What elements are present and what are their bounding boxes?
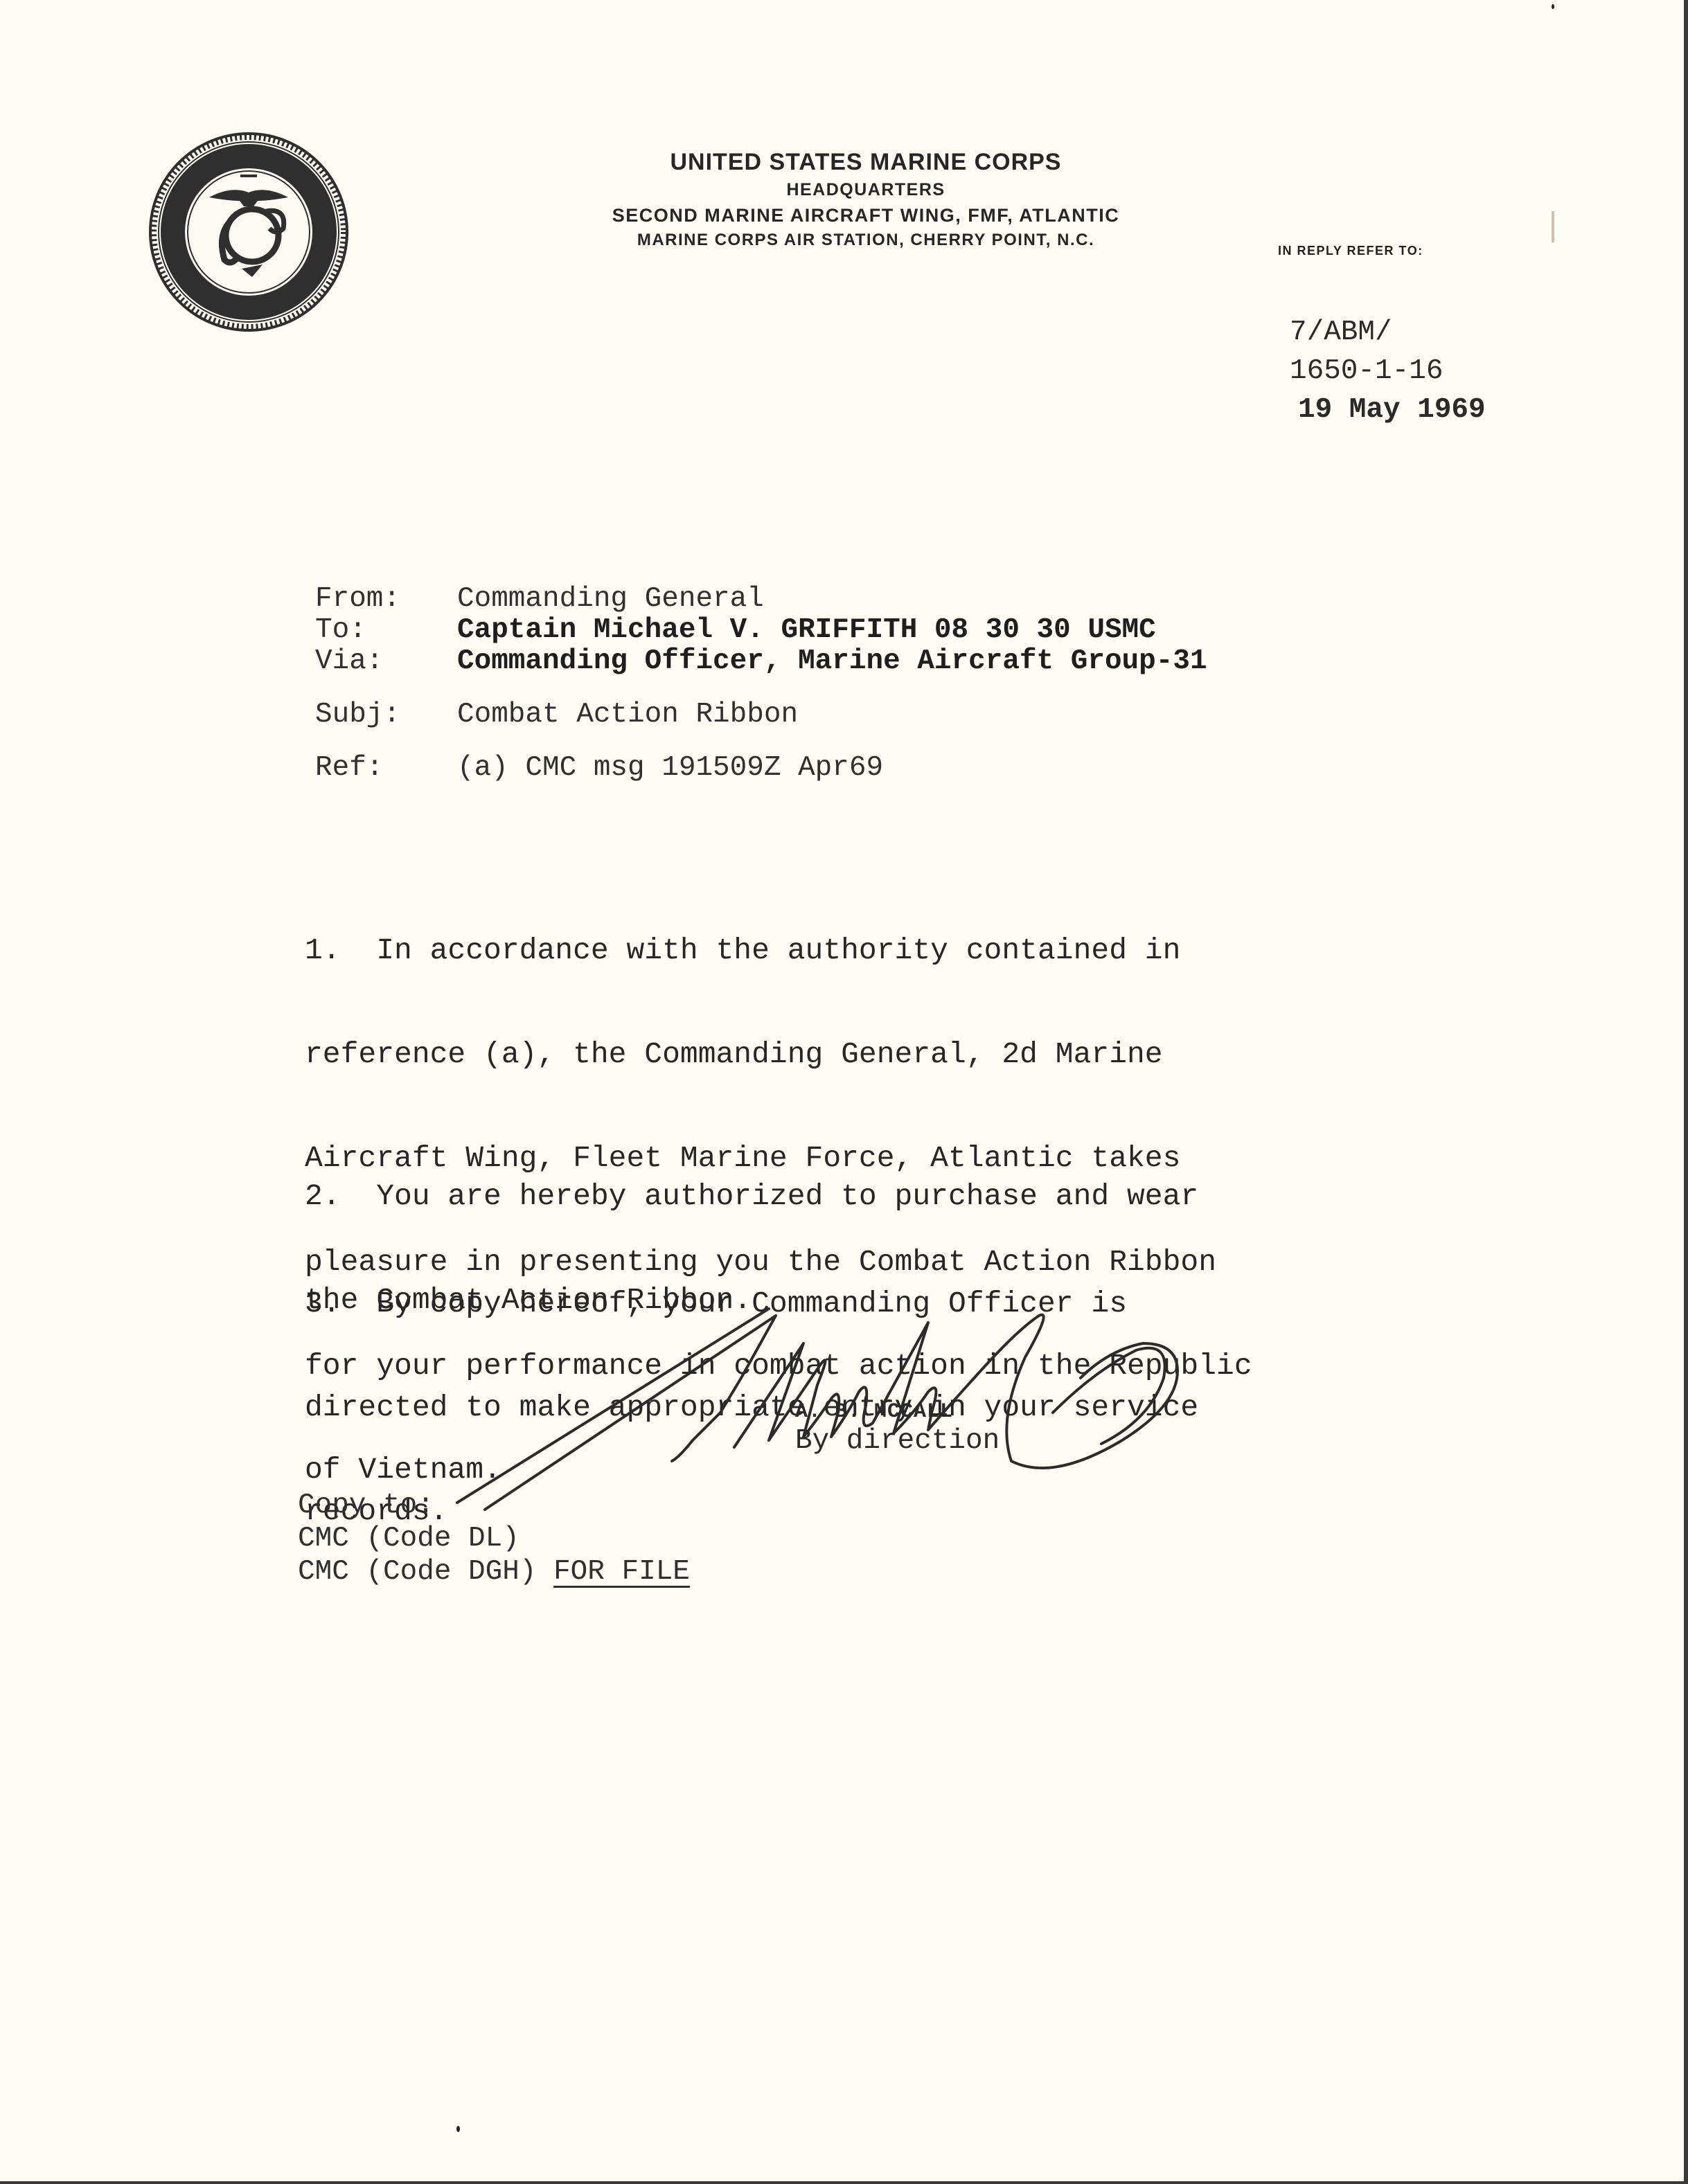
reference-code-line2: 1650-1-16 — [1290, 352, 1486, 391]
copy-to-label: Copy to: — [298, 1489, 690, 1522]
reference-block: 7/ABM/ 1650-1-16 19 May 1969 — [1290, 313, 1486, 429]
signer-title: By direction — [795, 1425, 1000, 1457]
letterhead-location: MARINE CORPS AIR STATION, CHERRY POINT, … — [519, 229, 1212, 252]
letterhead-org: UNITED STATES MARINE CORPS — [519, 147, 1212, 177]
letterhead-hq: HEADQUARTERS — [519, 177, 1212, 202]
reply-refer-label: IN REPLY REFER TO: — [1278, 244, 1423, 258]
paper-stain — [1552, 211, 1554, 242]
field-value: Combat Action Ribbon — [457, 699, 798, 731]
usmc-seal-icon — [148, 132, 349, 332]
copy-recipient-text: CMC (Code DL) — [298, 1523, 519, 1555]
scan-speck — [1552, 4, 1554, 9]
letterhead: UNITED STATES MARINE CORPS HEADQUARTERS … — [519, 147, 1212, 252]
copy-recipient: CMC (Code DL) — [298, 1522, 690, 1555]
field-via: Via: Commanding Officer, Marine Aircraft… — [315, 646, 1207, 677]
copy-recipient: CMC (Code DGH) FOR FILE — [298, 1555, 690, 1588]
for-file-note: FOR FILE — [553, 1556, 690, 1588]
field-value: Commanding General — [457, 584, 764, 615]
paragraph-line: reference (a), the Commanding General, 2… — [305, 1037, 1441, 1072]
field-value: (a) CMC msg 191509Z Apr69 — [457, 753, 883, 784]
paragraph-line: 1. In accordance with the authority cont… — [305, 933, 1441, 968]
copy-recipient-text: CMC (Code DGH) — [298, 1556, 536, 1588]
field-subject: Subj: Combat Action Ribbon — [315, 699, 1207, 731]
field-to: To: Captain Michael V. GRIFFITH 08 30 30… — [315, 615, 1207, 646]
signer-name: A. B. MCCALL — [795, 1400, 953, 1424]
letterhead-unit: SECOND MARINE AIRCRAFT WING, FMF, ATLANT… — [519, 202, 1212, 229]
copy-to-block: Copy to: CMC (Code DL) CMC (Code DGH) FO… — [298, 1489, 690, 1588]
letter-date: 19 May 1969 — [1290, 391, 1486, 429]
memo-header-fields: From: Commanding General To: Captain Mic… — [315, 584, 1207, 784]
field-label: Ref: — [315, 753, 457, 784]
field-from: From: Commanding General — [315, 584, 1207, 615]
field-reference: Ref: (a) CMC msg 191509Z Apr69 — [315, 753, 1207, 784]
scan-edge-bottom — [0, 2181, 1688, 2184]
field-label: Via: — [315, 646, 457, 677]
field-value: Commanding Officer, Marine Aircraft Grou… — [457, 646, 1207, 677]
scan-edge-right — [1684, 0, 1688, 2184]
field-value: Captain Michael V. GRIFFITH 08 30 30 USM… — [457, 615, 1156, 646]
reference-code-line1: 7/ABM/ — [1290, 313, 1486, 352]
field-label: Subj: — [315, 699, 457, 731]
paragraph-line: 2. You are hereby authorized to purchase… — [305, 1179, 1441, 1214]
field-label: From: — [315, 584, 457, 615]
scan-speck — [456, 2126, 460, 2132]
field-label: To: — [315, 615, 457, 646]
